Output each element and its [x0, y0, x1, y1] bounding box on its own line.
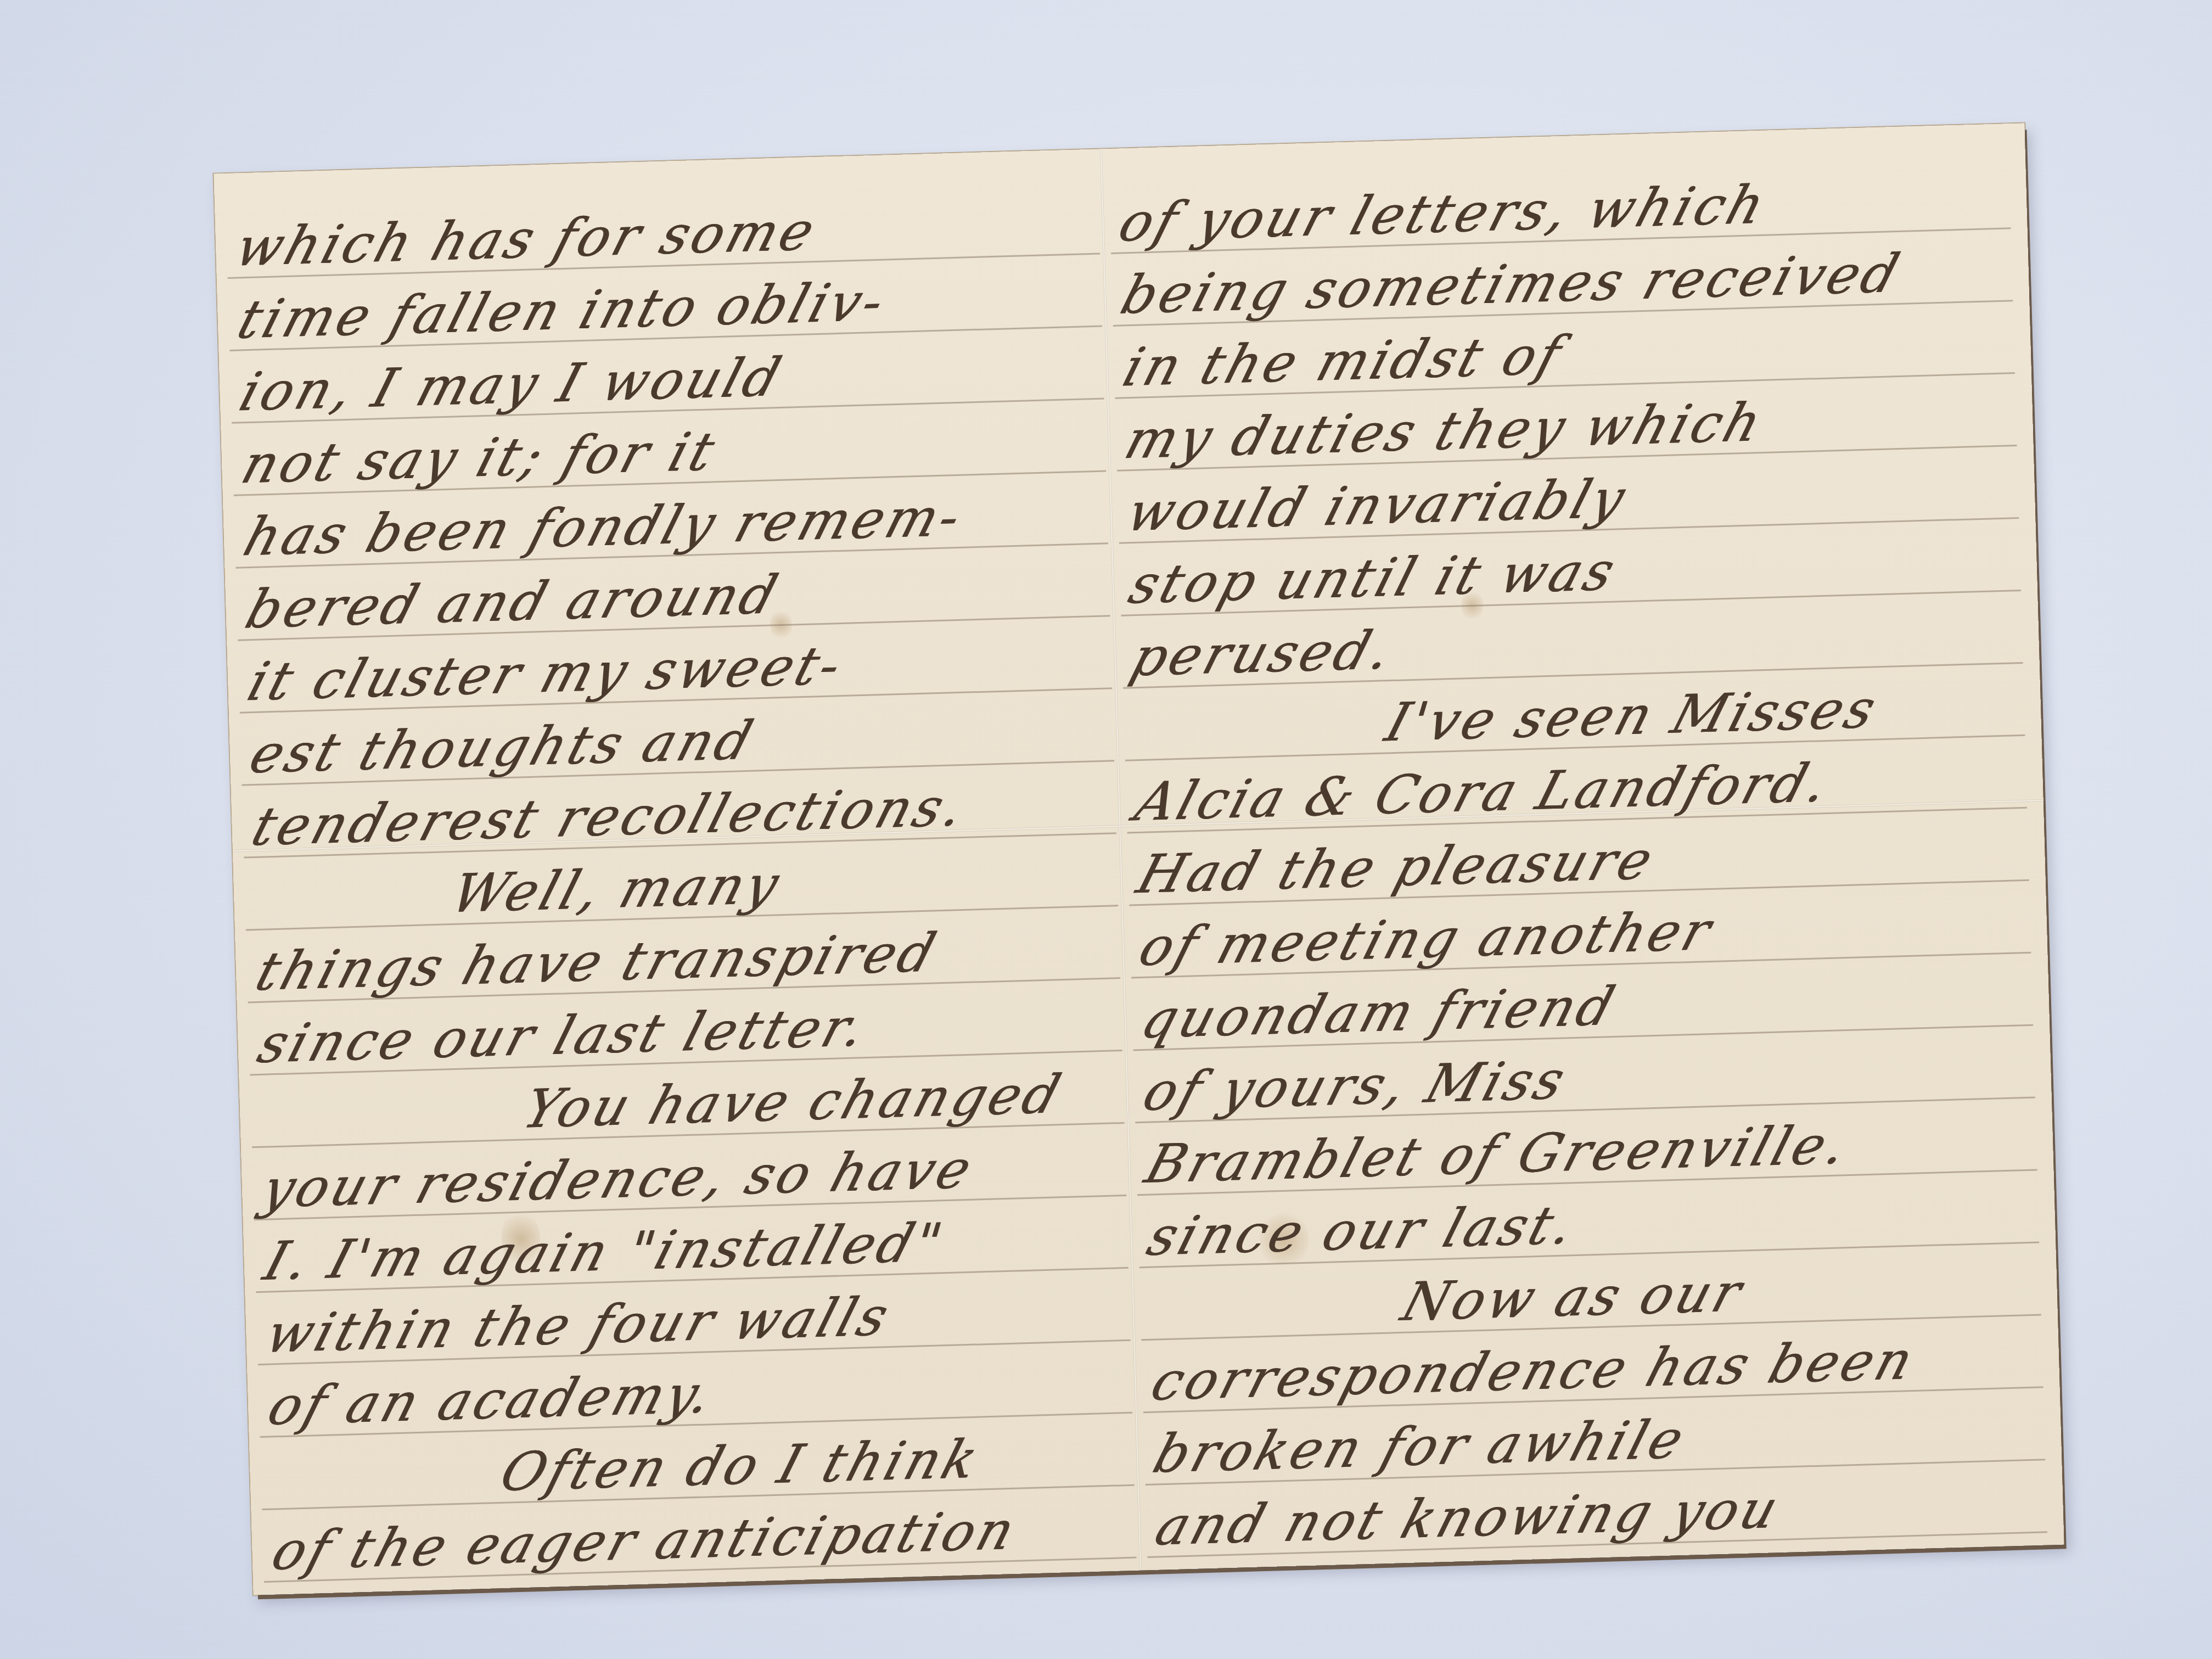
- letter-sheet: which has for sometime fallen into obliv…: [214, 123, 2064, 1595]
- left-page: which has for sometime fallen into obliv…: [224, 149, 1137, 1595]
- right-page: of your letters, whichbeing sometimes re…: [1108, 124, 2048, 1570]
